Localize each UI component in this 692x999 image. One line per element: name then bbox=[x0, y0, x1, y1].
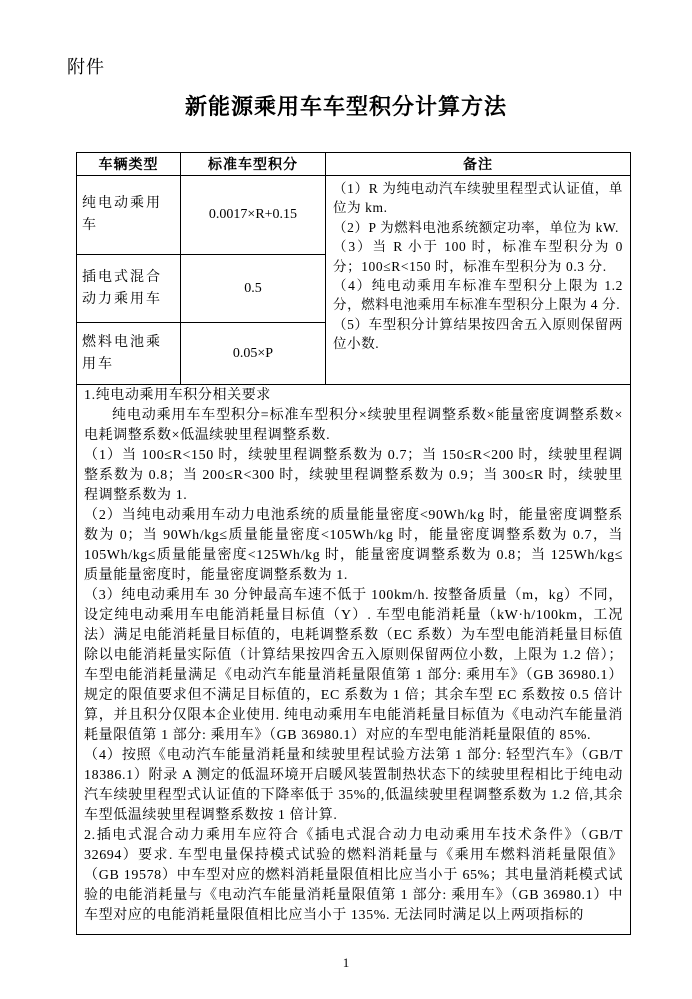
vehicle-type-cell: 插电式混合动力乘用车 bbox=[77, 255, 181, 323]
header-vehicle-type: 车辆类型 bbox=[77, 153, 181, 176]
body-paragraph: （4）按照《电动汽车能量消耗量和续驶里程试验方法第 1 部分: 轻型汽车》（GB… bbox=[84, 746, 623, 826]
table-body-row: 1.纯电动乘用车积分相关要求 纯电动乘用车车型积分=标准车型积分×续驶里程调整系… bbox=[77, 385, 631, 935]
header-standard-score: 标准车型积分 bbox=[181, 153, 326, 176]
body-paragraph: （1）当 100≤R<150 时，续驶里程调整系数为 0.7；当 150≤R<2… bbox=[84, 446, 623, 506]
body-paragraph: 1.纯电动乘用车积分相关要求 bbox=[84, 386, 623, 406]
page-title: 新能源乘用车车型积分计算方法 bbox=[0, 90, 692, 121]
page-number: 1 bbox=[0, 955, 692, 971]
document-page: 附件 新能源乘用车车型积分计算方法 车辆类型 标准车型积分 备注 纯电动乘用车 … bbox=[0, 0, 692, 999]
table-header-row: 车辆类型 标准车型积分 备注 bbox=[77, 153, 631, 176]
score-formula-cell: 0.0017×R+0.15 bbox=[181, 176, 326, 255]
scoring-table: 车辆类型 标准车型积分 备注 纯电动乘用车 0.0017×R+0.15 （1）R… bbox=[76, 152, 631, 935]
requirements-cell: 1.纯电动乘用车积分相关要求 纯电动乘用车车型积分=标准车型积分×续驶里程调整系… bbox=[77, 385, 631, 935]
note-line: （5）车型积分计算结果按四舍五入原则保留两位小数. bbox=[333, 315, 623, 354]
note-line: （4）纯电动乘用车标准车型积分上限为 1.2 分，燃料电池乘用车标准车型积分上限… bbox=[333, 276, 623, 315]
vehicle-type-cell: 燃料电池乘用车 bbox=[77, 323, 181, 385]
note-line: （3）当 R 小于 100 时，标准车型积分为 0 分；100≤R<150 时，… bbox=[333, 237, 623, 276]
body-paragraph: 纯电动乘用车车型积分=标准车型积分×续驶里程调整系数×能量密度调整系数×电耗调整… bbox=[84, 406, 623, 446]
body-paragraph: （3）纯电动乘用车 30 分钟最高车速不低于 100km/h. 按整备质量（m，… bbox=[84, 586, 623, 746]
header-remarks: 备注 bbox=[326, 153, 631, 176]
attachment-label: 附件 bbox=[67, 53, 105, 79]
table-row: 纯电动乘用车 0.0017×R+0.15 （1）R 为纯电动汽车续驶里程型式认证… bbox=[77, 176, 631, 255]
score-formula-cell: 0.05×P bbox=[181, 323, 326, 385]
note-line: （2）P 为燃料电池系统额定功率，单位为 kW. bbox=[333, 218, 623, 237]
vehicle-type-cell: 纯电动乘用车 bbox=[77, 176, 181, 255]
note-line: （1）R 为纯电动汽车续驶里程型式认证值，单位为 km. bbox=[333, 179, 623, 218]
score-formula-cell: 0.5 bbox=[181, 255, 326, 323]
body-paragraph: （2）当纯电动乘用车动力电池系统的质量能量密度<90Wh/kg 时，能量密度调整… bbox=[84, 506, 623, 586]
remarks-cell: （1）R 为纯电动汽车续驶里程型式认证值，单位为 km. （2）P 为燃料电池系… bbox=[326, 176, 631, 385]
body-paragraph: 2.插电式混合动力乘用车应符合《插电式混合动力电动乘用车技术条件》（GB/T 3… bbox=[84, 826, 623, 926]
